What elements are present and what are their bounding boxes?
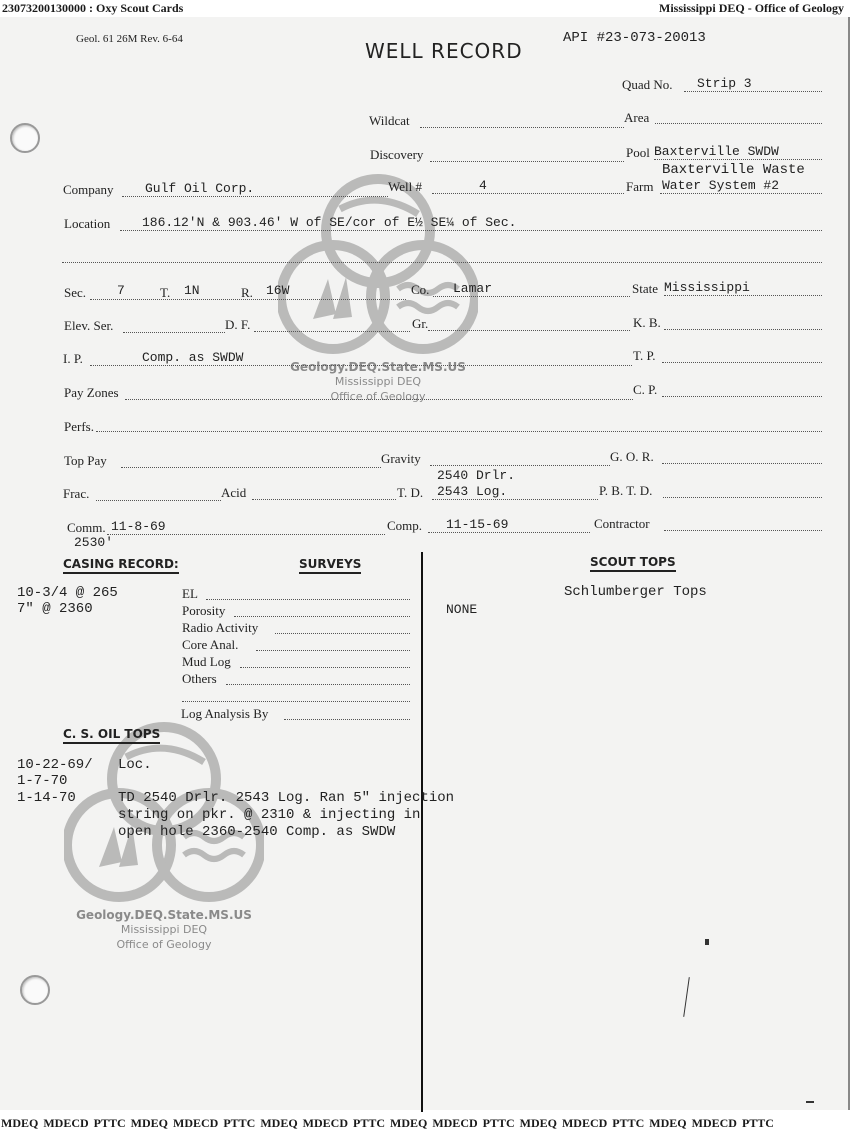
area-label: Area (624, 110, 649, 126)
ip-label: I. P. (63, 351, 83, 367)
frac-line (96, 500, 221, 501)
casing-entry: 7" @ 2360 (17, 601, 93, 617)
pay-zones-label: Pay Zones (64, 385, 119, 401)
farm-label: Farm (626, 179, 653, 195)
county-line (433, 296, 630, 297)
oil-tops-text: string on pkr. @ 2310 & injecting in (118, 807, 420, 823)
tp-label: T. P. (633, 348, 656, 364)
survey-line-blank (182, 701, 410, 702)
survey-item-el: EL (182, 586, 198, 602)
survey-item-log-analysis: Log Analysis By (181, 706, 268, 722)
cp-line (662, 396, 822, 397)
township-label: T. (160, 285, 170, 301)
form-title: WELL RECORD (365, 39, 523, 63)
kb-label: K. B. (633, 315, 661, 331)
punch-hole-icon (10, 123, 40, 153)
ip-value: Comp. as SWDW (142, 350, 243, 365)
oil-tops-text: TD 2540 Drlr. 2543 Log. Ran 5" injection (118, 790, 454, 806)
tp-line (662, 362, 822, 363)
gr-line (428, 330, 630, 331)
watermark-agency: Mississippi DEQ (278, 375, 478, 388)
page-header: 23073200130000 : Oxy Scout Cards Mississ… (0, 0, 850, 17)
county-label: Co. (411, 282, 429, 298)
quad-no-line (684, 91, 822, 92)
survey-item-others: Others (182, 671, 217, 687)
wildcat-label: Wildcat (369, 113, 410, 129)
td-log-value: 2543 Log. (437, 484, 507, 499)
watermark-url: Geology.DEQ.State.MS.US (64, 908, 264, 922)
survey-line (284, 719, 410, 720)
gravity-label: Gravity (381, 451, 421, 467)
discovery-label: Discovery (370, 147, 423, 163)
survey-item-radio-activity: Radio Activity (182, 620, 258, 636)
oil-tops-text: Loc. (118, 757, 152, 773)
quad-no-value: Strip 3 (697, 76, 752, 91)
range-label: R. (241, 285, 253, 301)
watermark-url: Geology.DEQ.State.MS.US (278, 360, 478, 374)
comp-value: 11-15-69 (446, 517, 508, 532)
location-value: 186.12'N & 903.46' W of SE/cor of E½ SE¼… (142, 215, 516, 230)
location-line (120, 230, 822, 231)
frac-label: Frac. (63, 486, 89, 502)
range-value: 16W (266, 283, 289, 298)
scout-tops-heading: SCOUT TOPS (590, 555, 676, 572)
county-value: Lamar (453, 281, 492, 296)
scout-tops-value: NONE (446, 602, 477, 617)
df-line (254, 331, 410, 332)
document-id-title: 23073200130000 : Oxy Scout Cards (2, 0, 183, 17)
survey-line (240, 667, 410, 668)
company-label: Company (63, 182, 114, 198)
contractor-label: Contractor (594, 516, 650, 532)
oil-tops-date: 1-7-70 (17, 773, 67, 789)
elev-ser-label: Elev. Ser. (64, 318, 113, 334)
section-divider (421, 552, 423, 1112)
punch-hole-icon (20, 975, 50, 1005)
well-no-label: Well # (388, 179, 422, 195)
pbtd-label: P. B. T. D. (599, 483, 652, 499)
survey-line (256, 650, 410, 651)
api-number: API #23-073-20013 (563, 30, 706, 46)
state-value: Mississippi (664, 280, 750, 295)
survey-line (226, 684, 410, 685)
survey-line (206, 599, 410, 600)
contractor-line (664, 530, 822, 531)
gravity-line (430, 465, 610, 466)
comp-line (428, 532, 590, 533)
pen-mark (806, 1101, 814, 1103)
scout-tops-subheading: Schlumberger Tops (564, 584, 707, 600)
company-value: Gulf Oil Corp. (145, 181, 254, 196)
watermark-agency: Mississippi DEQ (64, 923, 264, 936)
pool-value: Baxterville SWDW (654, 144, 779, 159)
pen-mark (705, 939, 709, 945)
perfs-label: Perfs. (64, 419, 94, 435)
oil-tops-text: open hole 2360-2540 Comp. as SWDW (118, 824, 395, 840)
well-no-line (432, 193, 624, 194)
gor-line (662, 463, 822, 464)
sec-label: Sec. (64, 285, 86, 301)
township-value: 1N (184, 283, 200, 298)
perfs-line (96, 431, 822, 432)
farm-value-line1: Baxterville Waste (662, 162, 805, 178)
df-label: D. F. (225, 317, 250, 333)
well-no-value: 4 (479, 178, 487, 193)
acid-label: Acid (221, 485, 246, 501)
survey-item-porosity: Porosity (182, 603, 225, 619)
td-line (432, 499, 598, 500)
watermark-office: Office of Geology (64, 938, 264, 951)
agency-title: Mississippi DEQ - Office of Geology (659, 0, 844, 17)
state-label: State (632, 281, 658, 297)
casing-entry: 10-3/4 @ 265 (17, 585, 118, 601)
oil-tops-date: 1-14-70 (17, 790, 76, 806)
casing-record-heading: CASING RECORD: (63, 557, 179, 574)
form-code: Geol. 61 26M Rev. 6-64 (76, 33, 183, 45)
farm-line (660, 193, 822, 194)
survey-item-core-anal: Core Anal. (182, 637, 238, 653)
quad-no-label: Quad No. (622, 77, 673, 93)
farm-value: Water System #2 (662, 178, 779, 193)
comm-line (107, 534, 385, 535)
td-driller-value: 2540 Drlr. (437, 468, 515, 483)
gor-label: G. O. R. (610, 449, 654, 465)
elev-ser-line (123, 332, 225, 333)
top-pay-label: Top Pay (64, 453, 107, 469)
location-line-2 (62, 262, 822, 263)
area-line (655, 123, 822, 124)
discovery-line (430, 161, 624, 162)
comp-label: Comp. (387, 518, 422, 534)
survey-item-mud-log: Mud Log (182, 654, 231, 670)
surveys-heading: SURVEYS (299, 557, 361, 574)
oil-tops-date: 10-22-69/ (17, 757, 93, 773)
sec-value: 7 (117, 283, 125, 298)
pbtd-line (663, 497, 822, 498)
comm-value: 11-8-69 (111, 519, 166, 534)
watermark-office: Office of Geology (278, 390, 478, 403)
state-line (664, 295, 822, 296)
cp-label: C. P. (633, 382, 657, 398)
pool-line (654, 159, 822, 160)
ip-line (90, 365, 632, 366)
comm-label: Comm. (67, 520, 106, 536)
pool-label: Pool (626, 145, 650, 161)
survey-line (234, 616, 410, 617)
extra-depth-note: 2530' (74, 535, 113, 550)
wildcat-line (420, 127, 624, 128)
td-label: T. D. (397, 485, 423, 501)
pay-zones-line (125, 399, 633, 400)
kb-line (664, 329, 822, 330)
survey-line (275, 633, 410, 634)
company-line (122, 196, 388, 197)
page-footer: MDEQ MDECD PTTC MDEQ MDECD PTTC MDEQ MDE… (0, 1113, 850, 1133)
top-pay-line (121, 467, 381, 468)
well-record-card: Geology.DEQ.State.MS.US Mississippi DEQ … (0, 17, 850, 1110)
acid-line (252, 499, 396, 500)
pen-mark (683, 977, 690, 1017)
cs-oil-tops-heading: C. S. OIL TOPS (63, 727, 160, 744)
gr-label: Gr. (412, 316, 428, 332)
location-label: Location (64, 216, 110, 232)
